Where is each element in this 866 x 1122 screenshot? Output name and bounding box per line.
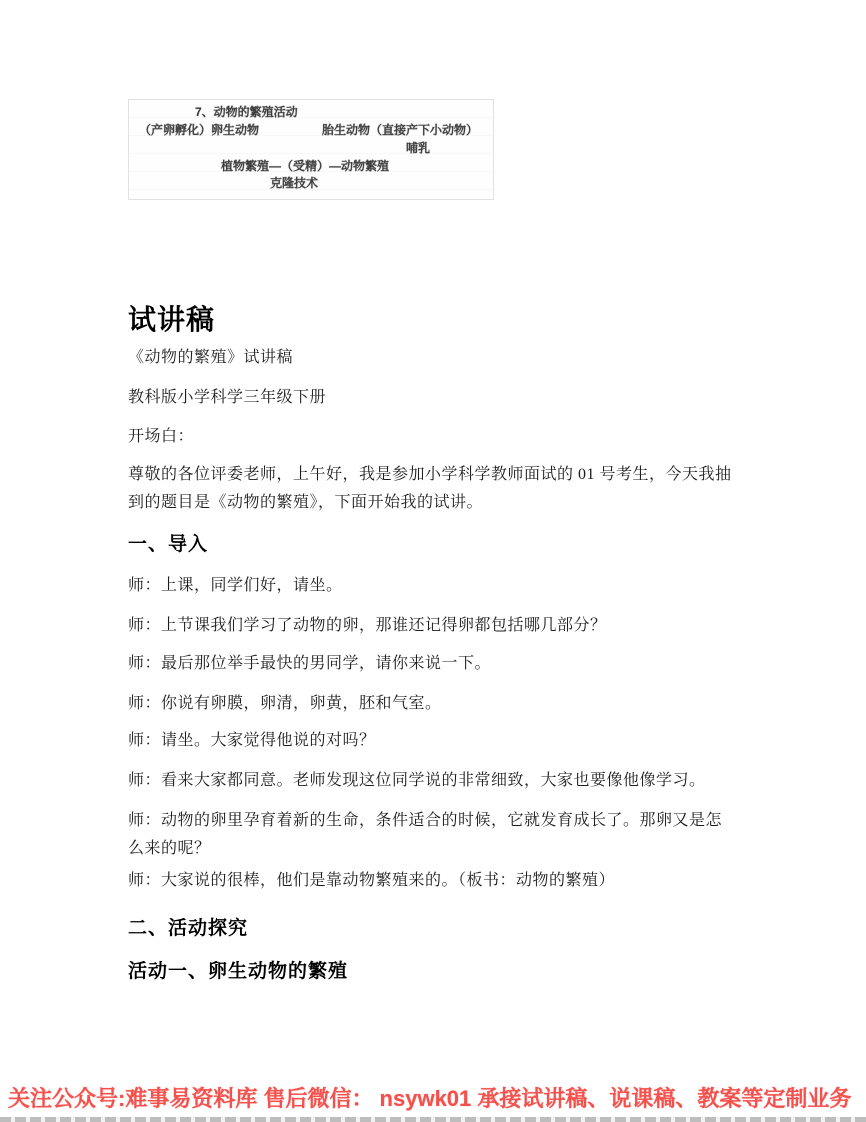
board-note-line: （产卵孵化）卵生动物: [139, 123, 259, 138]
dialogue-line: 师：上课，同学们好，请坐。: [128, 576, 734, 596]
promo-banner-text: 关注公众号:难事易资料库 售后微信： nsywk01 承接试讲稿、说课稿、教案等…: [8, 1086, 860, 1112]
section-heading-intro: 一、导入: [128, 532, 208, 557]
board-note-line: 植物繁殖—（受精）—动物繁殖: [221, 159, 389, 174]
section-heading-activity-exploration: 二、活动探究: [128, 916, 248, 941]
page-edge-dashes: [0, 1117, 866, 1122]
board-notes-image: 7、动物的繁殖活动 （产卵孵化）卵生动物 胎生动物（直接产下小动物） 哺乳 植物…: [128, 99, 494, 200]
dialogue-line: 师：大家说的很棒，他们是靠动物繁殖来的。（板书：动物的繁殖）: [128, 871, 734, 891]
dialogue-line: 师：你说有卵膜，卵清，卵黄，胚和气室。: [128, 694, 734, 714]
dialogue-line: 师：动物的卵里孕育着新的生命，条件适合的时候，它就发育成长了。那卵又是怎么来的呢…: [128, 807, 734, 863]
board-note-line: 克隆技术: [270, 176, 318, 191]
paragraph-opening-label: 开场白：: [128, 427, 734, 447]
activity-heading-oviparous: 活动一、卵生动物的繁殖: [128, 959, 348, 984]
board-note-line: 7、动物的繁殖活动: [195, 105, 298, 120]
paragraph-opening: 尊敬的各位评委老师，上午好，我是参加小学科学教师面试的 01 号考生，今天我抽到…: [128, 461, 734, 517]
dialogue-line: 师：最后那位举手最快的男同学，请你来说一下。: [128, 654, 734, 674]
dialogue-line: 师：上节课我们学习了动物的卵，那谁还记得卵都包括哪几部分？: [128, 616, 734, 636]
board-note-line: 哺乳: [406, 141, 430, 156]
dialogue-line: 师：请坐。大家觉得他说的对吗？: [128, 731, 734, 751]
board-note-line: 胎生动物（直接产下小动物）: [322, 123, 478, 138]
dialogue-line: 师：看来大家都同意。老师发现这位同学说的非常细致，大家也要像他像学习。: [128, 771, 734, 791]
document-page: 7、动物的繁殖活动 （产卵孵化）卵生动物 胎生动物（直接产下小动物） 哺乳 植物…: [0, 0, 866, 1122]
paragraph-textbook: 教科版小学科学三年级下册: [128, 388, 734, 408]
document-title: 试讲稿: [128, 302, 215, 338]
paragraph-subtitle: 《动物的繁殖》试讲稿: [128, 348, 734, 368]
